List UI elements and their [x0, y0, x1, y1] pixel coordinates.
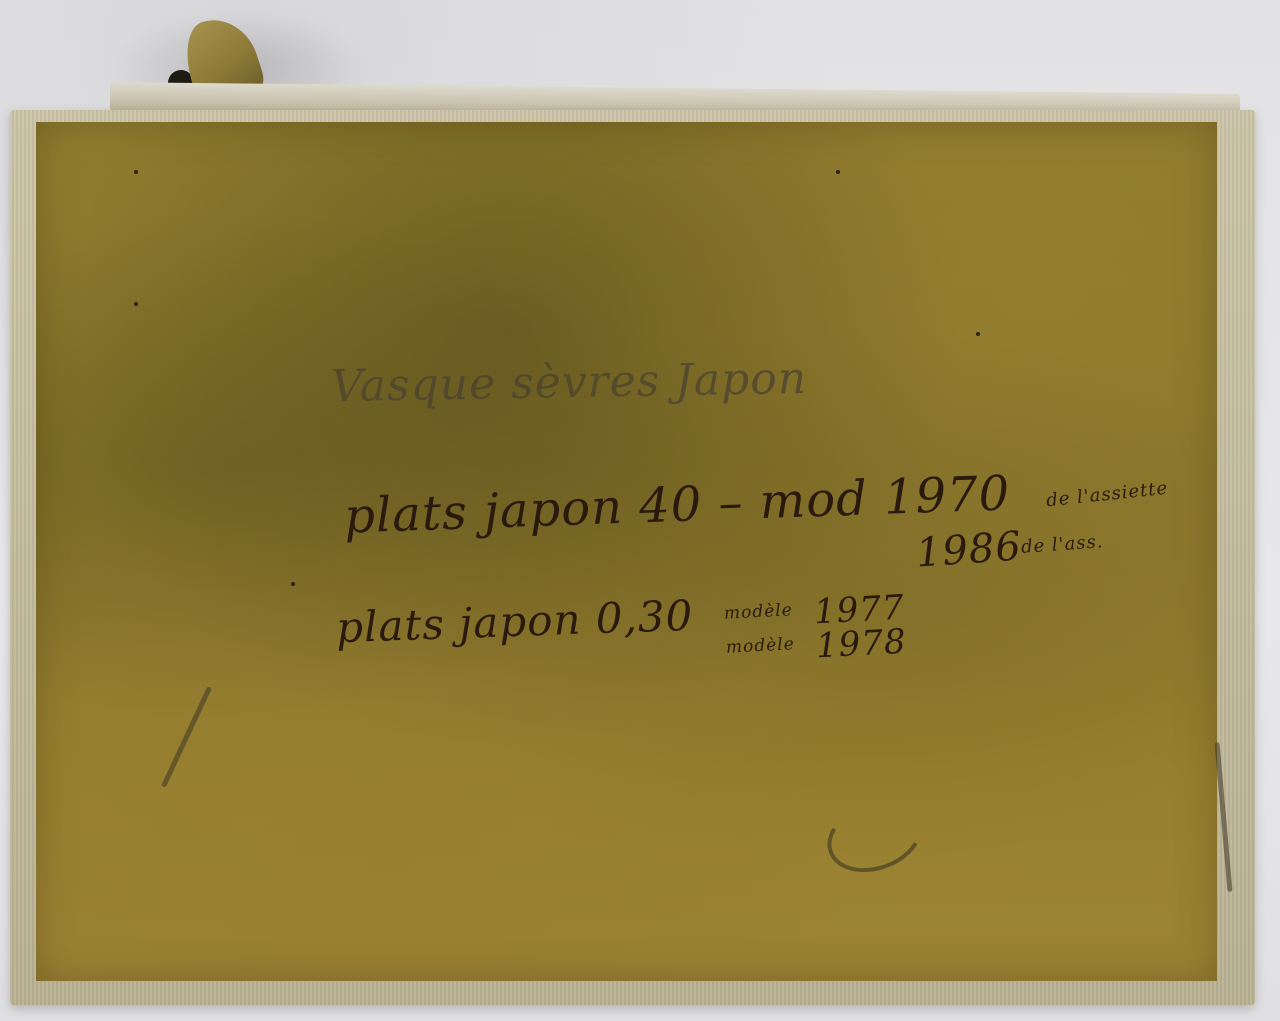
- pencil-title: Vasque sèvres Japon: [331, 353, 808, 412]
- speck: [976, 332, 980, 336]
- cover-board: Vasque sèvres Japon plats japon 40 – mod…: [36, 122, 1217, 981]
- folder-cover: Vasque sèvres Japon plats japon 40 – mod…: [10, 110, 1255, 1005]
- speck: [836, 170, 840, 174]
- ink-line-1-note-c: de l'ass.: [1020, 531, 1104, 558]
- ink-line-1: plats japon 40 – mod 1970: [343, 465, 1011, 544]
- speck: [134, 170, 138, 174]
- ink-line-1-note-b: 1986: [915, 523, 1024, 576]
- ink-line-2-note-b: modèle: [726, 634, 796, 658]
- ink-line-1-note-a: de l'assiette: [1045, 478, 1169, 512]
- ink-line-2-note-a: modèle: [724, 600, 794, 624]
- speck: [134, 302, 138, 306]
- curved-pencil-mark: [817, 787, 932, 884]
- pencil-stroke-left: [161, 686, 212, 788]
- ink-line-2: plats japon 0,30: [335, 591, 694, 652]
- speck: [291, 582, 295, 586]
- ink-line-2-year-b: 1978: [815, 622, 908, 667]
